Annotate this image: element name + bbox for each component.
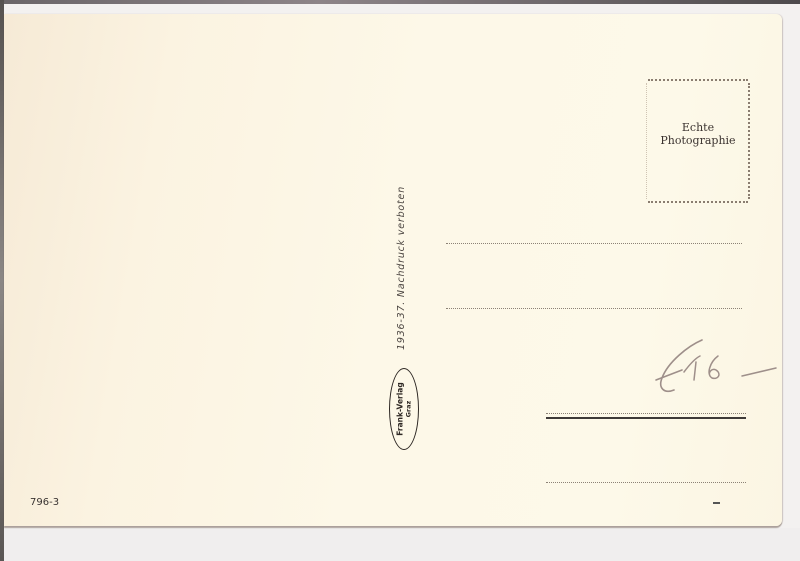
- stamp-box: Echte Photographie: [644, 79, 752, 203]
- stamp-box-label: Echte Photographie: [644, 121, 752, 147]
- address-line-4: [546, 482, 746, 483]
- scanner-bed: [0, 528, 800, 561]
- address-line-2: [446, 308, 742, 309]
- publisher-logo: Frank-Verlag Graz: [389, 368, 419, 450]
- scan-top-edge: [0, 0, 800, 4]
- stamp-label-line2: Photographie: [644, 134, 752, 147]
- publisher-name: Frank-Verlag: [396, 382, 405, 435]
- pencil-handwriting-icon: E 16 –: [644, 332, 784, 402]
- address-line-1: [446, 243, 742, 244]
- print-mark: [713, 502, 720, 504]
- stamp-box-top-border: [648, 79, 748, 81]
- copyright-note-text: 1936-37. Nachdruck verboten: [396, 164, 407, 350]
- address-line-3-dots: [546, 413, 746, 414]
- publisher-city: Graz: [405, 382, 413, 435]
- postcard-back: Echte Photographie 1936-37. Nachdruck ve…: [4, 14, 782, 526]
- address-line-3: [546, 417, 746, 419]
- serial-number: 796-3: [30, 497, 59, 508]
- stamp-label-line1: Echte: [644, 121, 752, 134]
- stamp-box-bottom-border: [648, 201, 748, 203]
